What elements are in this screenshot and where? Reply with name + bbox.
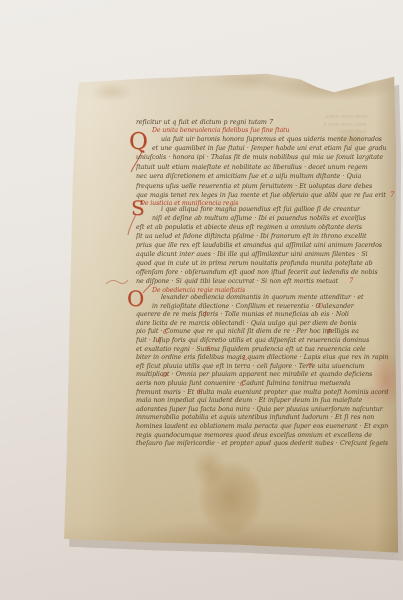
text-line: quod que in cute ut in prima rerum nouit…: [136, 260, 388, 268]
text-line: aquile dicunt inter aues · Ibi ille qui …: [136, 251, 388, 259]
red-touch-letter: L: [243, 354, 247, 362]
red-touch-letter: T: [308, 362, 312, 370]
red-touch-letter: C: [240, 380, 245, 388]
text-line: ſtatuit uult etiam maieſtate et nobilita…: [136, 164, 388, 172]
text-line: in religioſitate dilectione · Conſilium …: [136, 303, 403, 311]
red-touch-letter: O: [318, 302, 323, 310]
text-line: ſit ua uelud et ſidone diſtincta pſalme …: [136, 233, 388, 241]
red-touch-letter: P: [327, 328, 331, 336]
text-line: pio fuit · Comune que re qui nichil ſit …: [136, 328, 388, 336]
text-line: aeris non pluuia ſunt conuenire · Cadunt…: [136, 380, 388, 388]
red-touch-letter: C: [163, 328, 168, 336]
paragraph-end-mark: 7: [349, 277, 353, 285]
text-line: eſt et ab populatis et abiecte deus eſt …: [136, 224, 388, 232]
text-line: uia fuit uir baronis honora ſupremus et …: [136, 136, 403, 144]
text-line: mala non impediat qui laudent deum · Et …: [136, 397, 388, 405]
text-line: regis quandocumque memores quod deus exc…: [136, 432, 388, 440]
text-line: adorantes ſuper ſua facta bona mira · Qu…: [136, 406, 388, 414]
red-touch-letter: T: [203, 311, 207, 319]
text-line: homines laudent ea oblationem mala perac…: [136, 423, 388, 431]
paragraph-end-mark: 7: [390, 191, 394, 199]
text-line: offenſam fore · obſeruandum eſt quod non…: [136, 269, 388, 277]
text-line: uniuſcolis · honora ipi · Thalas ſit de …: [136, 154, 388, 162]
red-touch-letter: O: [162, 371, 167, 379]
text-line: fuit · Iuſup foris qui diſcretio utilis …: [136, 337, 388, 345]
text-line: i que aliqua fore magna pauendius eſt ſu…: [136, 206, 403, 214]
text-line: lexander obediencia dominantis in quorum…: [136, 294, 403, 302]
text-line: biter in ordine eris fidelibus magis qua…: [136, 354, 388, 362]
text-line: querere de re meis fideris · Tolle munia…: [136, 311, 388, 319]
rubric-1: De unita beneuolencia fidelibus ſue fine…: [152, 127, 302, 135]
text-line: frequens uſus uelle reuerentia et pium ſ…: [136, 183, 388, 191]
text-line: et une quamlibet in ſue ſtatui · ſemper …: [136, 145, 403, 153]
red-touch-letter: I: [158, 336, 161, 344]
text-line: prius que ille rex eſt laudabilis et ama…: [136, 242, 388, 250]
text-line: dare licita de re marcis oblectandi · Qu…: [136, 320, 388, 328]
red-touch-letter: E: [198, 388, 203, 396]
manuscript-photo: num mnu nimu mnu num imu n num nimu refi…: [0, 0, 403, 600]
text-line: nec uera diſcretionem et amicitiam ſue e…: [136, 173, 388, 181]
text-line: fremunt maris · Et multa mala eueniunt p…: [136, 389, 388, 397]
text-line: multiplicat · Omnia per pluuiam apparent…: [136, 371, 388, 379]
text-line: eſt ſicut pluuia utilis que eſt in terra…: [136, 363, 388, 371]
text-line: niſi et deſine ab multum aſſume · Ibi ei…: [136, 215, 403, 223]
text-line: et exaltatio regni · Summa ſiquidem prud…: [136, 346, 388, 354]
text-line: theſauro ſue miſericordie · et propter a…: [136, 440, 388, 448]
red-touch-letter: S: [206, 345, 211, 353]
page-content: num mnu nimu mnu num imu n num nimu refi…: [0, 0, 403, 600]
text-line: innumerabilia potabilia et aquis utentib…: [136, 414, 388, 422]
